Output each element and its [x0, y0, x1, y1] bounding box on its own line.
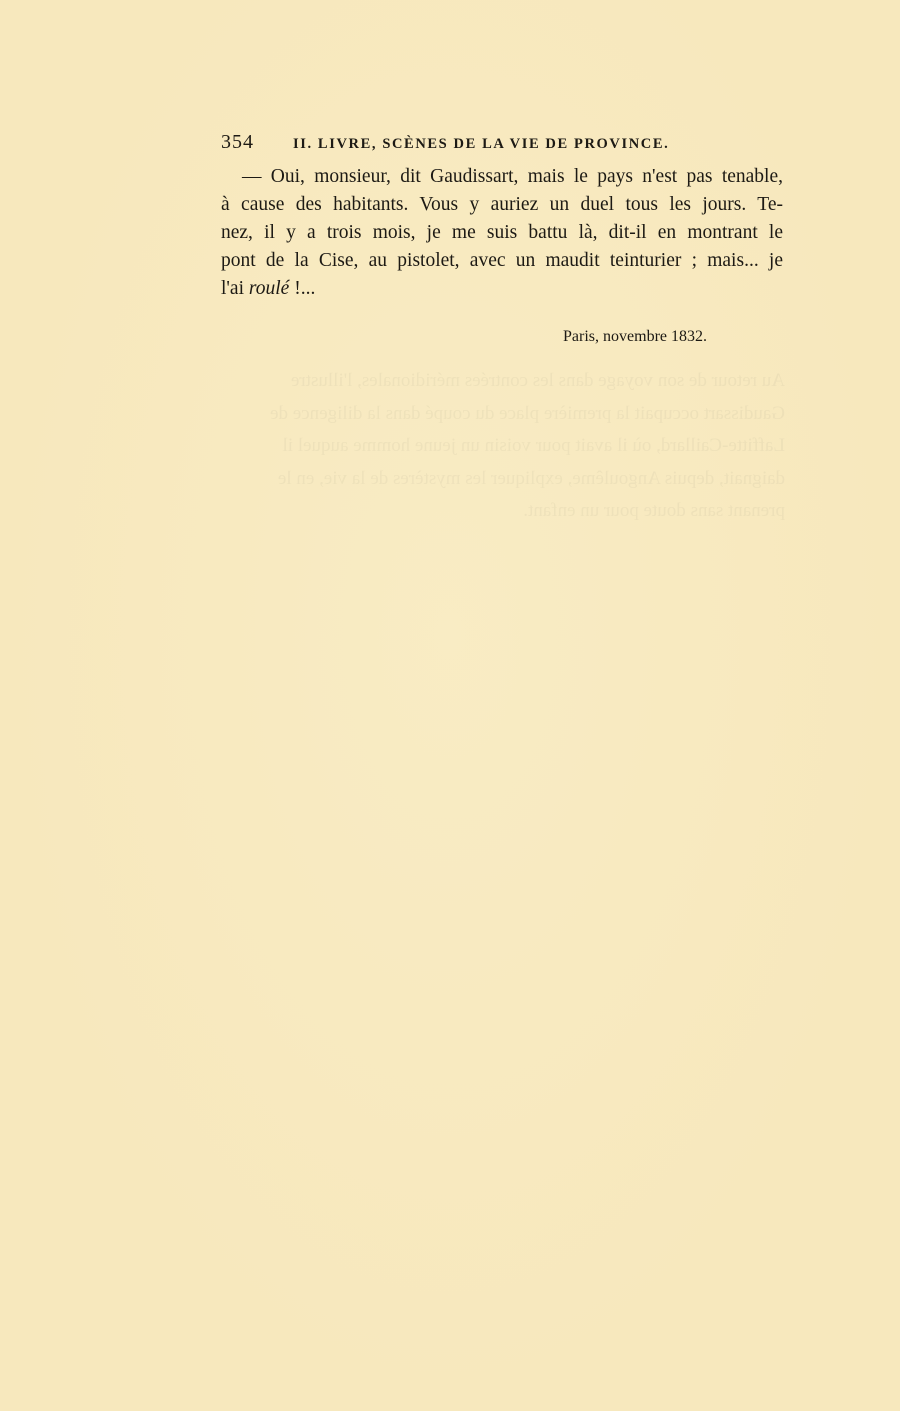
text-line: à cause des habitants. Vous y auriez un …	[221, 191, 783, 219]
italic-word: roulé	[249, 278, 289, 299]
running-head-title: II. LIVRE, SCÈNES DE LA VIE DE PROVINCE.	[293, 136, 669, 153]
body-paragraph: — Oui, monsieur, dit Gaudissart, mais le…	[221, 163, 783, 303]
text-line: nez, il y a trois mois, je me suis battu…	[221, 219, 783, 247]
book-page: Au retour de son voyage dans les contrée…	[0, 0, 900, 1411]
place-date-signature: Paris, novembre 1832.	[537, 328, 707, 346]
text-line: pont de la Cise, au pistolet, avec un ma…	[221, 247, 783, 275]
text-run: !...	[289, 278, 315, 299]
text-line-last: l'ai roulé !...	[221, 275, 783, 303]
show-through-text: Au retour de son voyage dans les contrée…	[215, 365, 785, 1135]
text-line: — Oui, monsieur, dit Gaudissart, mais le…	[221, 163, 783, 191]
text-run: l'ai	[221, 278, 249, 299]
running-header: 354 II. LIVRE, SCÈNES DE LA VIE DE PROVI…	[221, 131, 715, 154]
page-number: 354	[221, 131, 293, 154]
